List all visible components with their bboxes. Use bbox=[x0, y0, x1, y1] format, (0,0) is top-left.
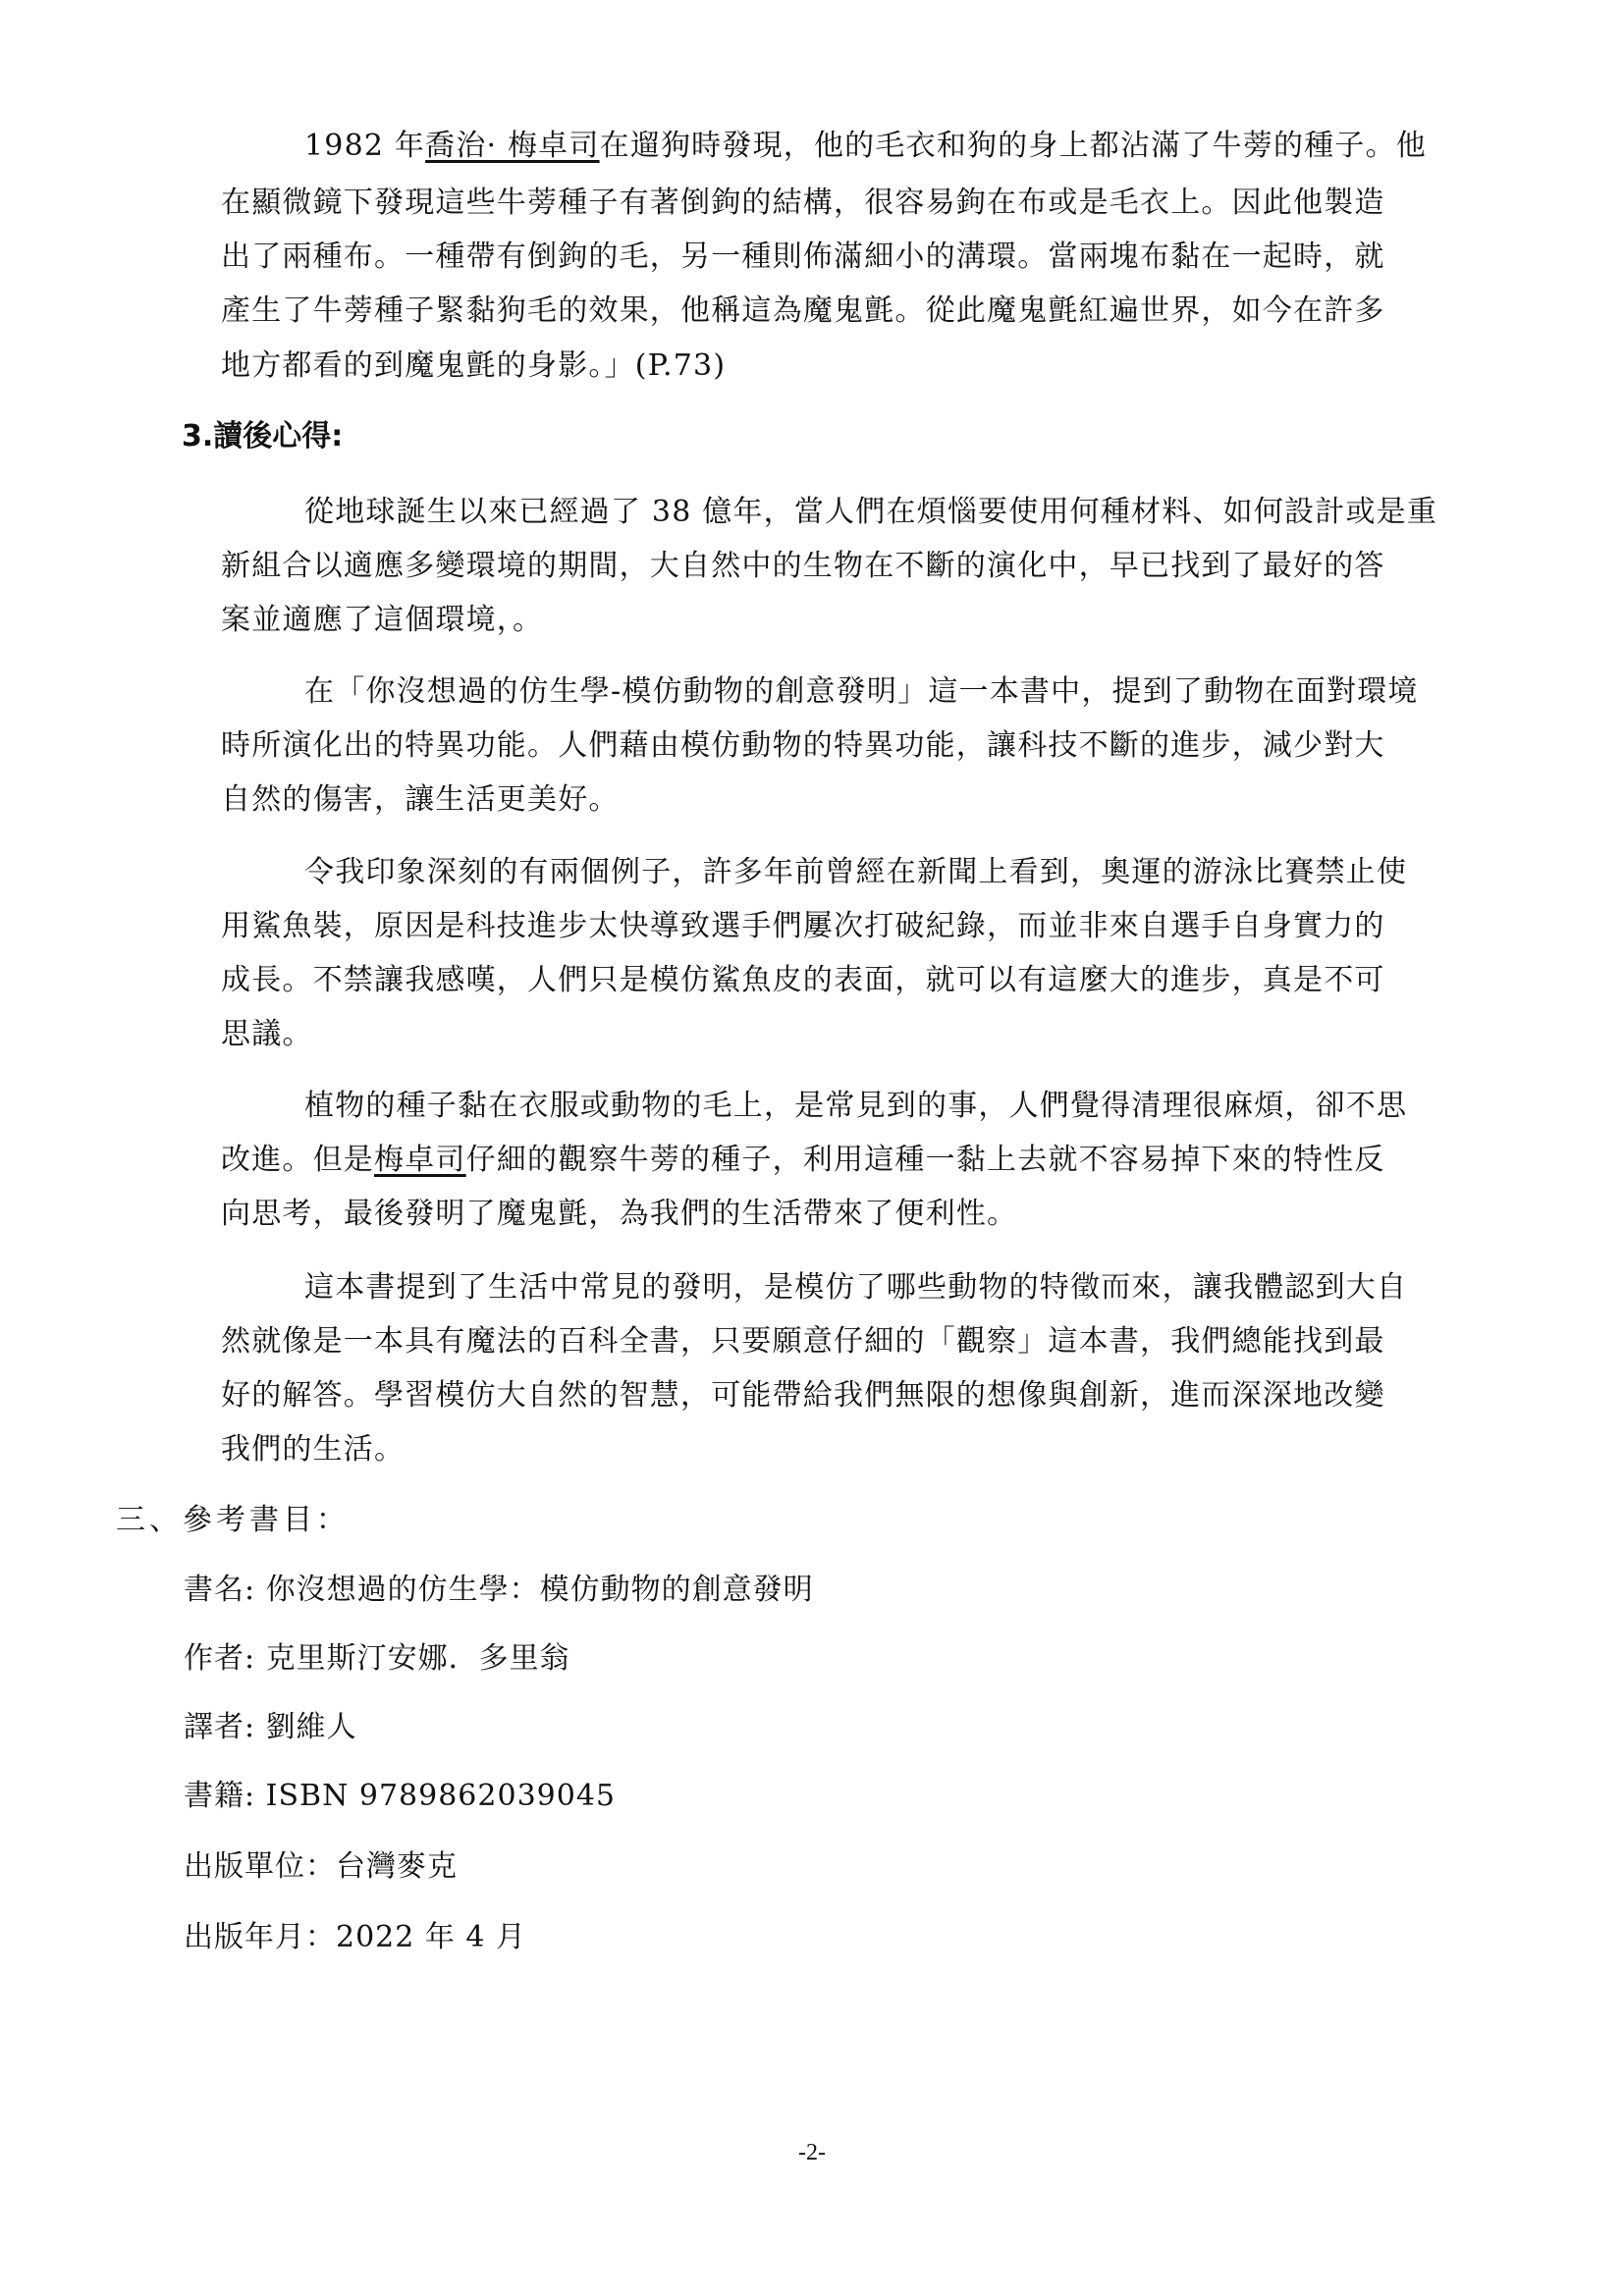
reflection-p3-line-3: 成長。不禁讓我感嘆，人們只是模仿鯊魚皮的表面，就可以有這麼大的進步，真是不可 bbox=[221, 964, 1385, 997]
quote-line-2: 在顯微鏡下發現這些牛蒡種子有著倒鉤的結構，很容易鉤在布或是毛衣上。因此他製造 bbox=[221, 187, 1385, 220]
reference-author: 作者: 克里斯汀安娜．多里翁 bbox=[184, 1642, 570, 1676]
reflection-p1-line-1: 從地球誕生以來已經過了 38 億年，當人們在煩惱要使用何種材料、如何設計或是重 bbox=[304, 496, 1437, 529]
reflection-p4-line-1: 植物的種子黏在衣服或動物的毛上，是常見到的事，人們覺得清理很麻煩，卻不思 bbox=[304, 1090, 1407, 1123]
reference-isbn: 書籍: ISBN 9789862039045 bbox=[184, 1780, 616, 1813]
reference-publisher: 出版單位：台灣麥克 bbox=[184, 1850, 458, 1884]
quote-line-3: 出了兩種布。一種帶有倒鉤的毛，另一種則佈滿細小的溝環。當兩塊布黏在一起時，就 bbox=[221, 240, 1385, 274]
page-number: -2- bbox=[0, 2140, 1624, 2166]
quote-line-1: 1982 年喬治· 梅卓司在遛狗時發現，他的毛衣和狗的身上都沾滿了牛蒡的種子。他 bbox=[304, 130, 1427, 163]
reflection-p5-line-3: 好的解答。學習模仿大自然的智慧，可能帶給我們無限的想像與創新，進而深深地改變 bbox=[221, 1379, 1385, 1413]
quote-line-1-rest: 在遛狗時發現，他的毛衣和狗的身上都沾滿了牛蒡的種子。他 bbox=[600, 129, 1427, 163]
reflection-p3-line-2: 用鯊魚裝，原因是科技進步太快導致選手們屢次打破紀錄，而並非來自選手自身實力的 bbox=[221, 910, 1385, 943]
reflection-p5-line-4: 我們的生活。 bbox=[221, 1433, 405, 1467]
reflection-p2-line-2: 時所演化出的特異功能。人們藉由模仿動物的特異功能，讓科技不斷的進步，減少對大 bbox=[221, 729, 1385, 763]
references-heading: 三、參考書目： bbox=[116, 1504, 350, 1537]
reference-translator: 譯者: 劉維人 bbox=[184, 1711, 357, 1744]
p4-line-2-prefix: 改進。但是 bbox=[221, 1143, 374, 1177]
quote-line-4: 產生了牛蒡種子緊黏狗毛的效果，他稱這為魔鬼氈。從此魔鬼氈紅遍世界，如今在許多 bbox=[221, 294, 1385, 328]
reflection-heading: 3.讀後心得: bbox=[182, 420, 343, 454]
quote-year: 1982 年 bbox=[304, 129, 425, 163]
inventor-name-underlined: 喬治· 梅卓司 bbox=[425, 129, 599, 163]
document-page: 1982 年喬治· 梅卓司在遛狗時發現，他的毛衣和狗的身上都沾滿了牛蒡的種子。他… bbox=[0, 0, 1624, 2296]
reflection-p4-line-3: 向思考，最後發明了魔鬼氈，為我們的生活帶來了便利性。 bbox=[221, 1198, 1017, 1231]
reflection-p2-line-3: 自然的傷害，讓生活更美好。 bbox=[221, 783, 620, 817]
reflection-p3-line-1: 令我印象深刻的有兩個例子，許多年前曾經在新聞上看到，奧運的游泳比賽禁止使 bbox=[304, 856, 1407, 889]
reflection-p2-line-1: 在「你沒想過的仿生學-模仿動物的創意發明」這一本書中，提到了動物在面對環境 bbox=[304, 675, 1419, 709]
reflection-p1-line-3: 案並適應了這個環境，。 bbox=[221, 604, 543, 637]
reference-title: 書名: 你沒想過的仿生學：模仿動物的創意發明 bbox=[184, 1574, 814, 1607]
p4-line-2-rest: 仔細的觀察牛蒡的種子，利用這種一黏上去就不容易掉下來的特性反 bbox=[466, 1143, 1385, 1177]
quote-line-5: 地方都看的到魔鬼氈的身影。」(P.73) bbox=[221, 349, 726, 383]
reference-publish-date: 出版年月：2022 年 4 月 bbox=[184, 1921, 526, 1954]
reflection-p4-line-2: 改進。但是梅卓司仔細的觀察牛蒡的種子，利用這種一黏上去就不容易掉下來的特性反 bbox=[221, 1144, 1385, 1177]
reflection-p5-line-2: 然就像是一本具有魔法的百科全書，只要願意仔細的「觀察」這本書，我們總能找到最 bbox=[221, 1325, 1385, 1359]
reflection-p5-line-1: 這本書提到了生活中常見的發明，是模仿了哪些動物的特徵而來，讓我體認到大自 bbox=[304, 1271, 1407, 1305]
reflection-p3-line-4: 思議。 bbox=[221, 1018, 313, 1051]
inventor-name-underlined: 梅卓司 bbox=[374, 1143, 466, 1177]
reflection-p1-line-2: 新組合以適應多變環境的期間，大自然中的生物在不斷的演化中，早已找到了最好的答 bbox=[221, 550, 1385, 583]
